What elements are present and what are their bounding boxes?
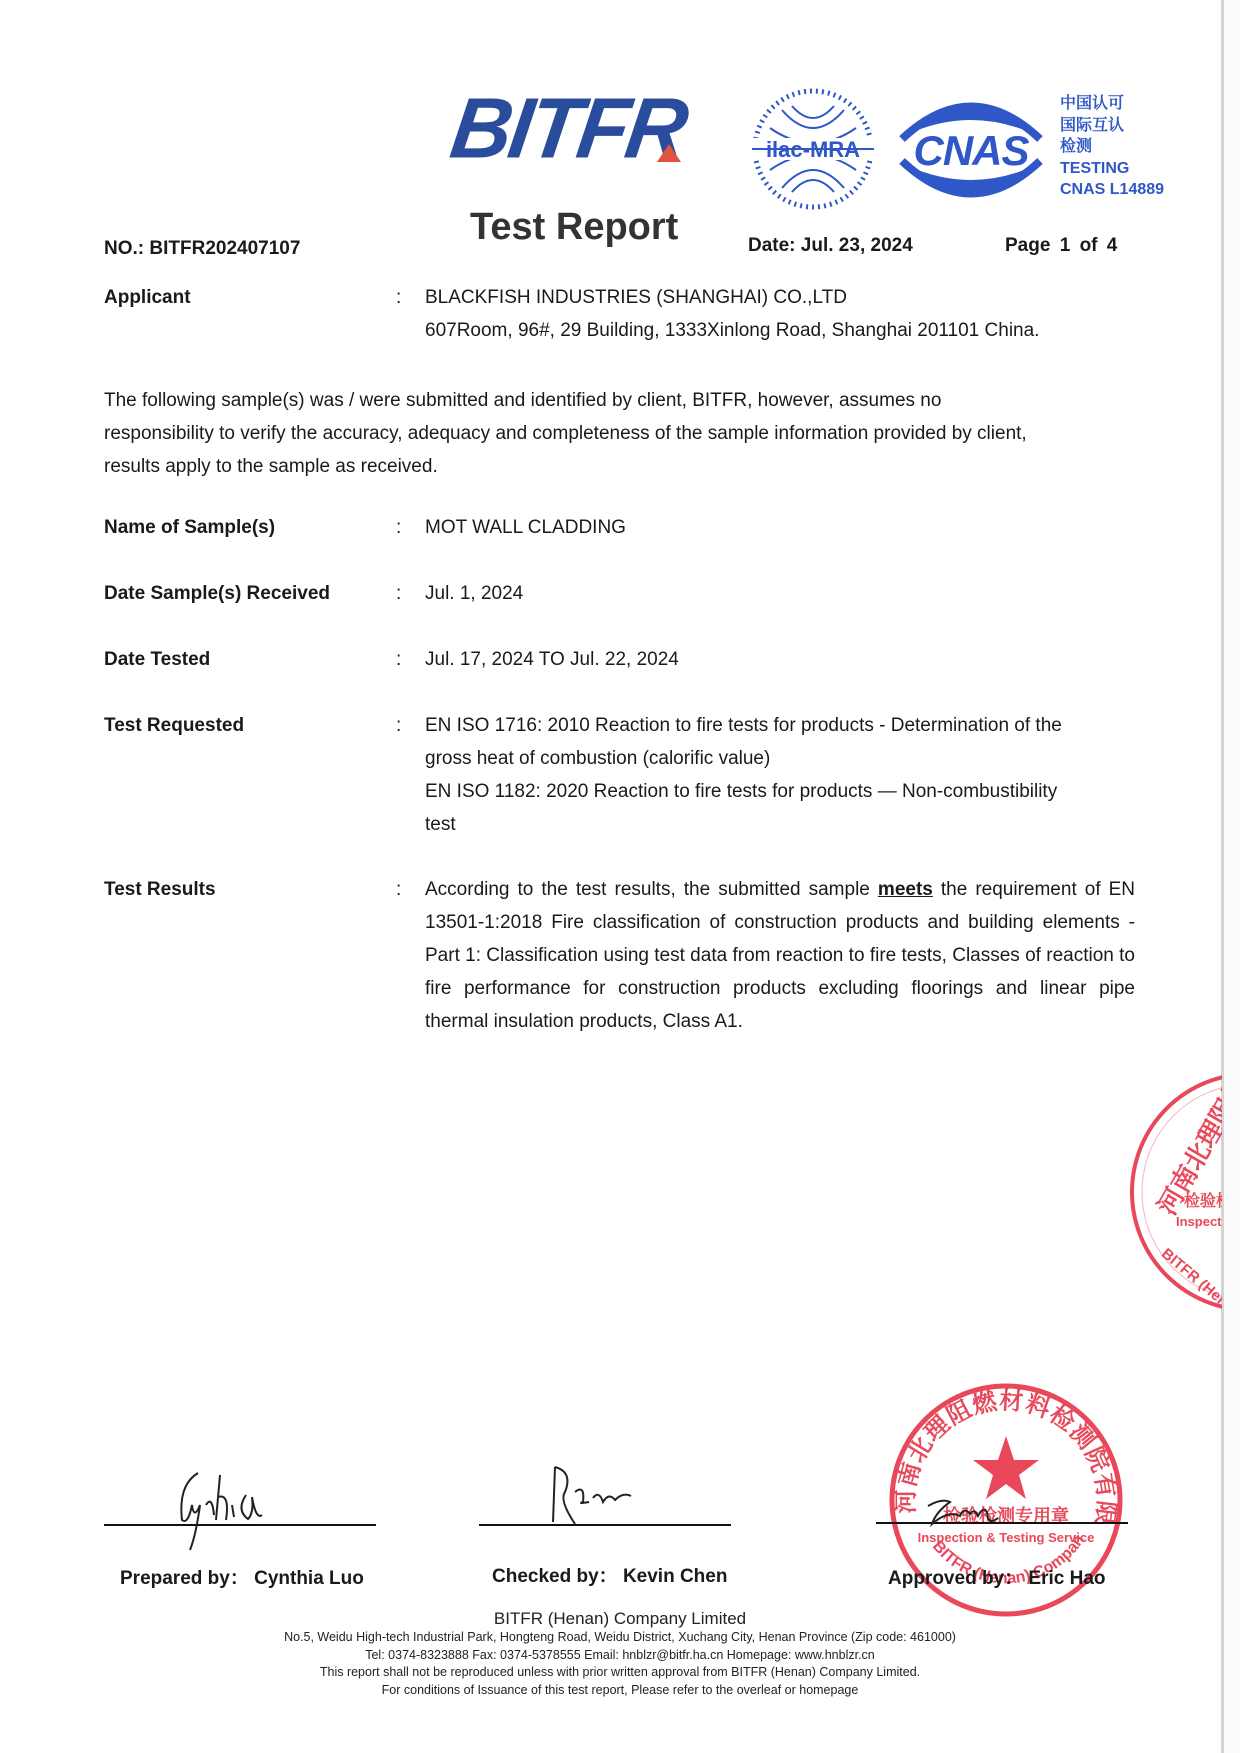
accreditation-text: 中国认可 国际互认 检测 TESTING CNAS L14889 (1060, 93, 1164, 201)
report-date: Date: Jul. 23, 2024 (748, 235, 913, 257)
prepared-by: Prepared by： Cynthia Luo (120, 1563, 364, 1590)
bitfr-logo-text: BITFR (446, 85, 690, 171)
cnas-logo: CNAS (898, 94, 1044, 206)
checked-by: Checked by： Kevin Chen (492, 1561, 727, 1588)
test-results-label: Test Results (104, 879, 216, 901)
accreditation-line: 国际互认 (1060, 115, 1164, 137)
meets-emphasis: meets (878, 879, 933, 900)
test-requested-value: EN ISO 1716: 2010 Reaction to fire tests… (425, 709, 1062, 841)
test-requested-label: Test Requested (104, 715, 244, 737)
colon: : (396, 517, 401, 539)
date-tested-label: Date Tested (104, 649, 210, 671)
accreditation-line: 中国认可 (1060, 93, 1164, 115)
page-indicator: Page 1 of 4 (1005, 235, 1117, 257)
date-received-label: Date Sample(s) Received (104, 583, 330, 605)
page-margin (1224, 0, 1240, 1753)
footer-company: BITFR (Henan) Company Limited (200, 1608, 1040, 1629)
prepared-signature (170, 1465, 310, 1555)
footer-address: No.5, Weidu High-tech Industrial Park, H… (200, 1629, 1040, 1647)
svg-text:Inspection &: Inspection & (1176, 1214, 1222, 1229)
page-title: Test Report (470, 206, 678, 249)
applicant-address: 607Room, 96#, 29 Building, 1333Xinlong R… (425, 314, 1039, 347)
flame-icon (657, 144, 681, 162)
footer-contact: Tel: 0374-8323888 Fax: 0374-5378555 Emai… (200, 1647, 1040, 1665)
sample-name-value: MOT WALL CLADDING (425, 511, 626, 544)
approved-by: Approved by： Eric Hao (888, 1563, 1106, 1590)
approved-signature (920, 1488, 1020, 1528)
footer: BITFR (Henan) Company Limited No.5, Weid… (200, 1608, 1040, 1699)
colon: : (396, 715, 401, 737)
cnas-text: CNAS (913, 127, 1029, 174)
report-number: NO.: BITFR202407107 (104, 238, 300, 260)
colon: : (396, 583, 401, 605)
footer-conditions: For conditions of Issuance of this test … (200, 1682, 1040, 1700)
ilac-mra-logo: ilac-MRA (752, 88, 874, 210)
colon: : (396, 287, 401, 309)
ilac-text: ilac-MRA (766, 137, 860, 162)
accreditation-line: CNAS L14889 (1060, 179, 1164, 201)
applicant-name: BLACKFISH INDUSTRIES (SHANGHAI) CO.,LTD (425, 281, 1039, 314)
accreditation-line: 检测 (1060, 136, 1164, 158)
accreditation-line: TESTING (1060, 158, 1164, 180)
company-stamp-partial: 河南北理阻燃材 检验检 Inspection & BITFR (Henan) (1126, 1068, 1222, 1316)
footer-notice: This report shall not be reproduced unle… (200, 1664, 1040, 1682)
date-received-value: Jul. 1, 2024 (425, 577, 523, 610)
disclaimer-paragraph: The following sample(s) was / were submi… (104, 384, 1149, 483)
page-edge (1221, 0, 1224, 1753)
bitfr-logo: BITFR (452, 92, 697, 168)
sample-name-label: Name of Sample(s) (104, 517, 275, 539)
applicant-value: BLACKFISH INDUSTRIES (SHANGHAI) CO.,LTD … (425, 281, 1039, 347)
checked-signature (545, 1462, 655, 1542)
svg-text:检验检: 检验检 (1184, 1191, 1222, 1210)
colon: : (396, 879, 401, 901)
date-tested-value: Jul. 17, 2024 TO Jul. 22, 2024 (425, 643, 679, 676)
colon: : (396, 649, 401, 671)
test-results-value: According to the test results, the submi… (425, 873, 1135, 1038)
applicant-label: Applicant (104, 287, 191, 309)
